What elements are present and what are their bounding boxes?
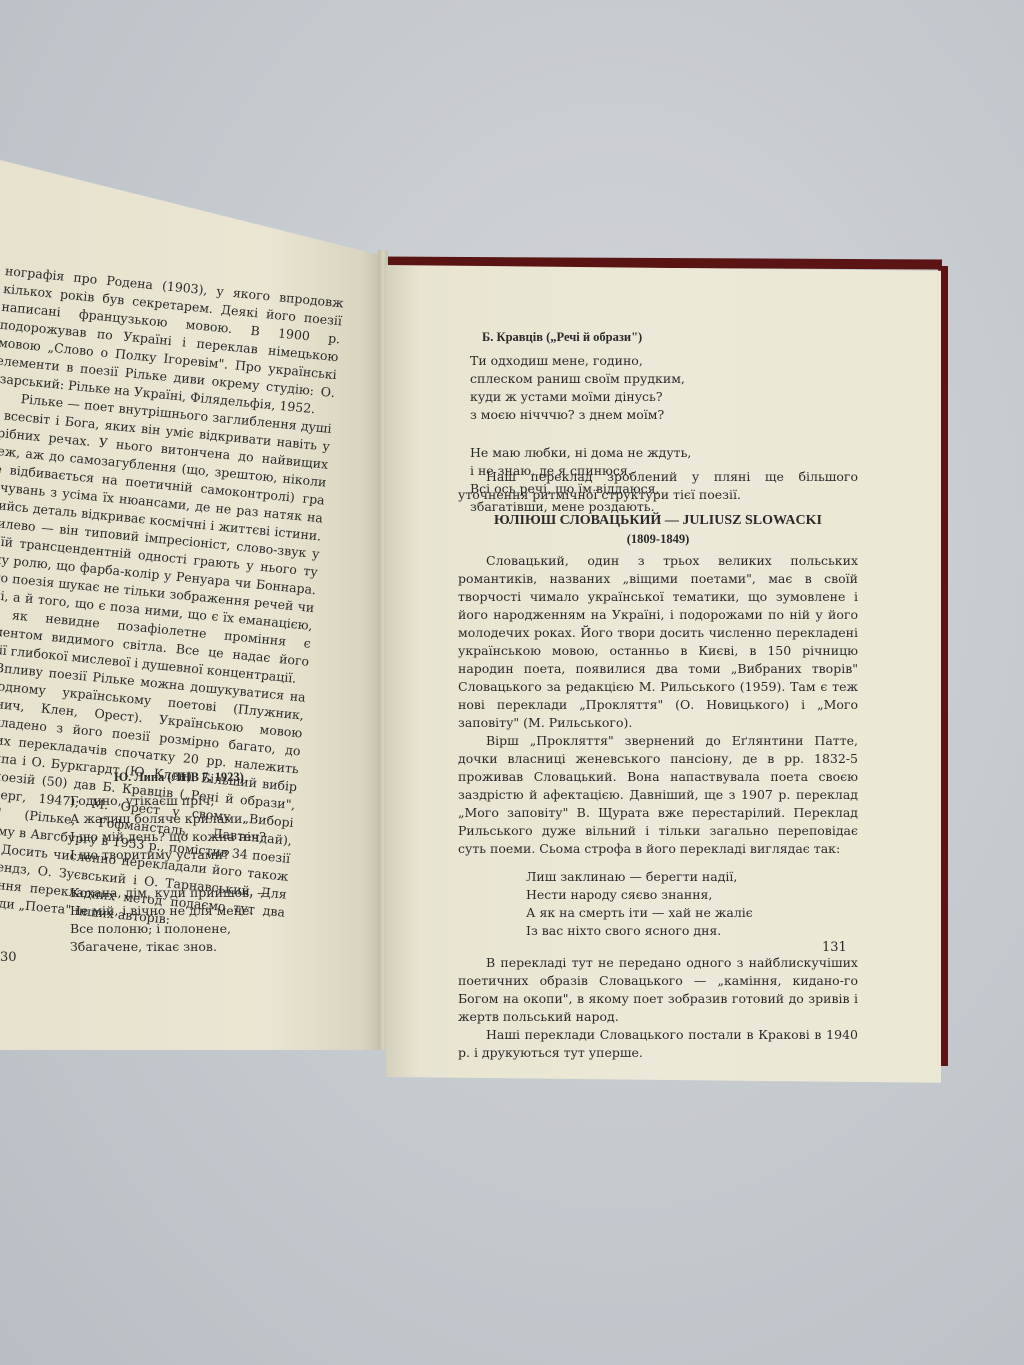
after-poem-1-paragraph: Наш переклад зроблений у пляні ще більшо… xyxy=(458,468,858,504)
verse-line: Лиш заклинаю — берегти надії, xyxy=(526,868,858,886)
verse-line: І що мій день? що кожна ніч? xyxy=(70,828,350,846)
right-paragraph-2: Вірш „Прокляття" звернений до Еґлянтини … xyxy=(458,732,858,858)
verse-line: сплеском раниш своїм прудким, xyxy=(470,370,870,388)
verse-line: І що творитиму устами? xyxy=(70,846,350,864)
verse-line: Годино, утікаєш пріч, xyxy=(70,792,350,810)
verse-line: А жалиш боляче крилами. xyxy=(70,810,350,828)
left-poem-heading: Ю. Липа (ЛНВ 7, 1923) xyxy=(70,768,350,786)
right-page-number: 131 xyxy=(822,940,847,955)
closing-paragraph-1: В перекладі тут не передано одного з най… xyxy=(458,954,858,1026)
right-poem-1-heading: Б. Кравців („Речі й образи") xyxy=(470,328,870,346)
verse-line: Все полоню; і полонене, xyxy=(70,920,350,938)
left-poem-stanza-1: Годино, утікаєш пріч, А жалиш боляче кри… xyxy=(70,792,350,864)
left-poem-stanza-2: Кохана, дім, куди прийшов, — Не мій, і в… xyxy=(70,884,350,956)
left-poem: Ю. Липа (ЛНВ 7, 1923) Годино, утікаєш пр… xyxy=(70,768,350,956)
verse-line: Нести народу сяєво знання, xyxy=(526,886,858,904)
quoted-stanza: Лиш заклинаю — берегти надії, Нести наро… xyxy=(458,868,858,940)
verse-line: Кохана, дім, куди прийшов, — xyxy=(70,884,350,902)
section-title: ЮЛІЮШ СЛОВАЦЬКИЙ — JULIUSZ SLOWACKI xyxy=(458,512,858,530)
right-poem-1-stanza-1: Ти одходиш мене, годино, сплеском раниш … xyxy=(470,352,870,424)
left-paragraph-2: Рільке — поет внутрішнього заглиблення д… xyxy=(0,387,332,688)
left-page-number: 30 xyxy=(0,950,17,965)
verse-line: Не мій, і вічно не для мене. xyxy=(70,902,350,920)
section-years: (1809-1849) xyxy=(458,530,858,548)
verse-line: Із вас ніхто свого ясного дня. xyxy=(526,922,858,940)
right-paragraph-1: Словацький, один з трьох великих польськ… xyxy=(458,552,858,732)
verse-line: Не маю любки, ні дома не ждуть, xyxy=(470,444,870,462)
right-page-body: Наш переклад зроблений у пляні ще більшо… xyxy=(458,468,858,1062)
closing-paragraph-2: Наші переклади Словацького постали в Кра… xyxy=(458,1026,858,1062)
verse-line: Збагачене, тікає знов. xyxy=(70,938,350,956)
verse-line: Ти одходиш мене, годино, xyxy=(470,352,870,370)
verse-line: куди ж устами моїми дінусь? xyxy=(470,388,870,406)
verse-line: А як на смерть іти — хай не жаліє xyxy=(526,904,858,922)
verse-line: з моєю нічччю? з днем моїм? xyxy=(470,406,870,424)
